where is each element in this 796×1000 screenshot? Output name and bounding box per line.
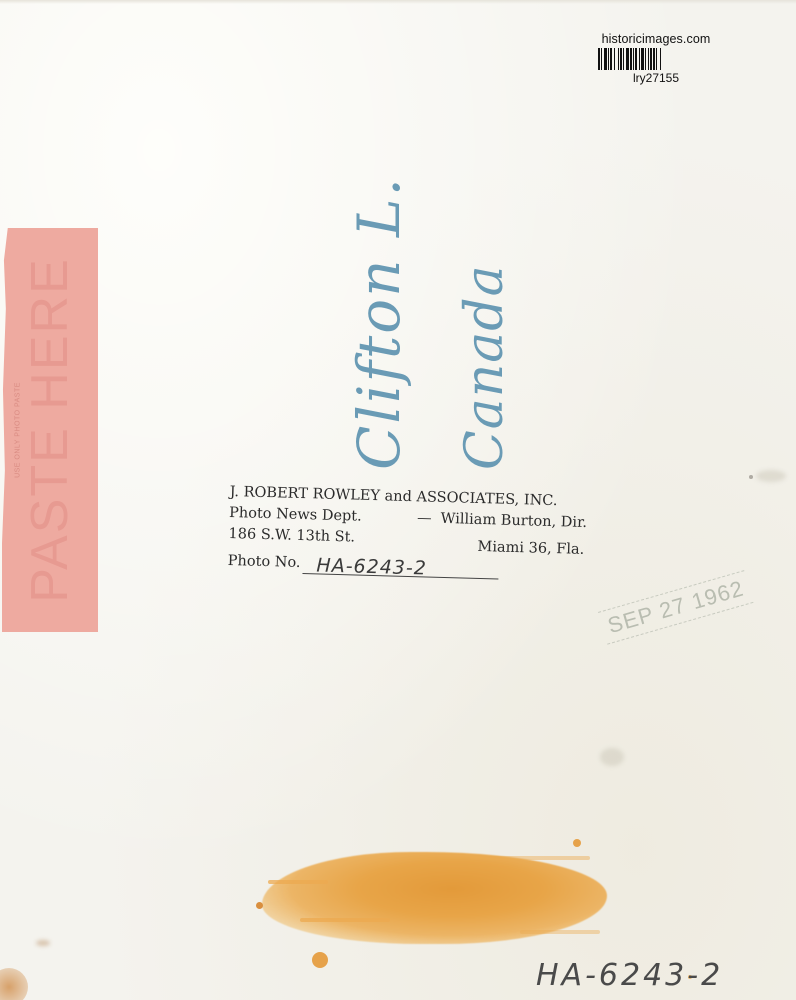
photo-no-value: HA-6243-2 bbox=[316, 555, 427, 579]
smudge bbox=[756, 470, 786, 482]
stain-drop bbox=[256, 902, 263, 909]
paste-here-label: PASTE HERE bbox=[20, 257, 80, 603]
stain-streak bbox=[470, 856, 590, 860]
pencil-photo-number: HA-6243-2 bbox=[536, 958, 723, 993]
barcode-icon bbox=[598, 48, 714, 70]
smudge bbox=[600, 748, 624, 766]
watermark-id: lry27155 bbox=[596, 71, 716, 85]
stamp-city: Miami 36, Fla. bbox=[477, 537, 584, 561]
stain-streak bbox=[520, 930, 600, 934]
watermark-label: historicimages.com lry27155 bbox=[596, 32, 716, 85]
handwritten-name-line-2: Canada bbox=[455, 264, 515, 470]
stamp-dash: — bbox=[417, 508, 432, 529]
stain-drop bbox=[312, 952, 328, 968]
stain-streak bbox=[268, 880, 328, 884]
watermark-site: historicimages.com bbox=[596, 32, 716, 46]
stamp-dept: Photo News Dept. bbox=[229, 505, 362, 525]
paste-fine-print: USE ONLY PHOTO PASTE bbox=[15, 382, 22, 478]
paper-top-edge bbox=[0, 0, 796, 4]
dirt-spot bbox=[749, 475, 753, 479]
stamp-photo-no-label: Photo No. bbox=[228, 553, 301, 571]
stamp-address: 186 S.W. 13th St. bbox=[228, 526, 355, 546]
handwritten-name-line-1: Clifton L. bbox=[345, 176, 413, 470]
barcode-bar bbox=[661, 48, 663, 70]
stain-drop bbox=[573, 839, 581, 847]
photo-no-underline: HA-6243-2 bbox=[302, 555, 498, 579]
stain-streak bbox=[300, 918, 390, 922]
agency-stamp: J. ROBERT ROWLEY and ASSOCIATES, INC. Ph… bbox=[227, 482, 589, 582]
smudge bbox=[36, 940, 50, 946]
